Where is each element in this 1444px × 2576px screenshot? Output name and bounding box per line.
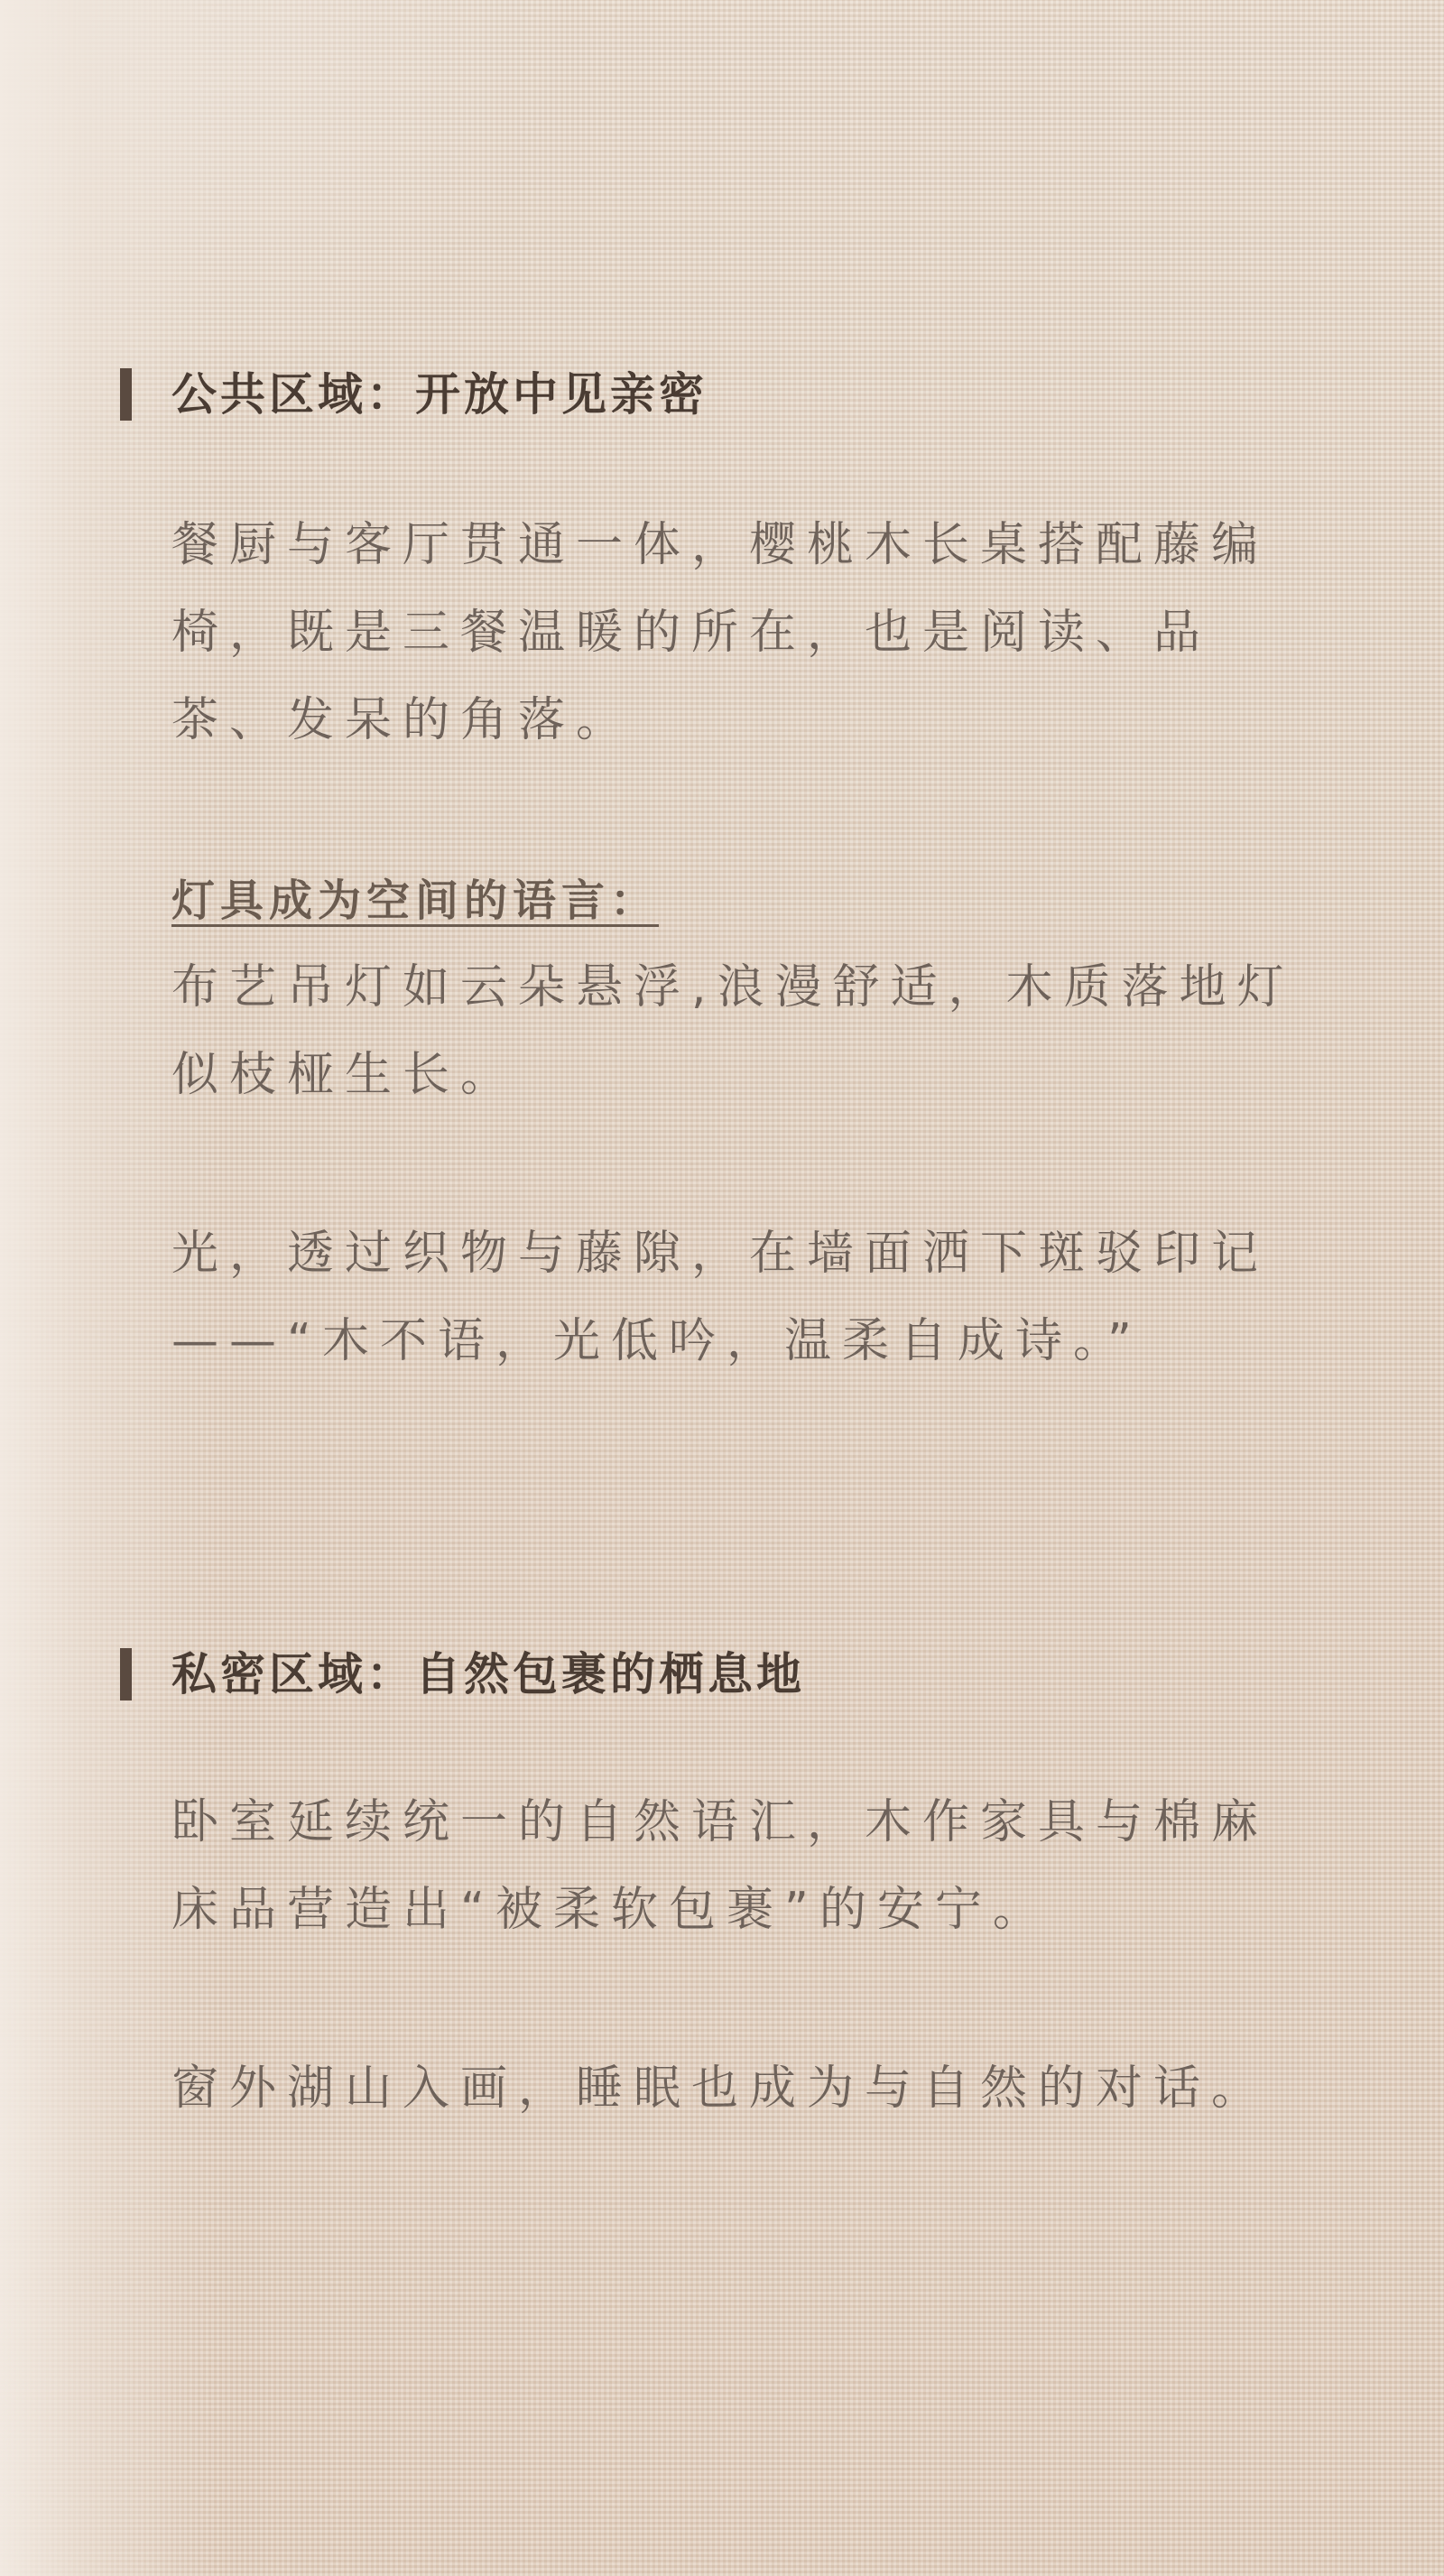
paragraph-lighting-fixtures: 布艺吊灯如云朵悬浮,浪漫舒适，木质落地灯 似枝桠生长。 bbox=[171, 944, 1282, 1119]
paragraph-line: 椅，既是三餐温暖的所在，也是阅读、品 bbox=[171, 589, 1282, 677]
paragraph-dining-living: 餐厨与客厅贯通一体，樱桃木长桌搭配藤编 椅，既是三餐温暖的所在，也是阅读、品 茶… bbox=[171, 502, 1282, 764]
section-title: 公共区域：开放中见亲密 bbox=[171, 367, 708, 422]
paragraph-line: 窗外湖山入画，睡眠也成为与自然的对话。 bbox=[171, 2045, 1282, 2133]
paragraph-line: 布艺吊灯如云朵悬浮,浪漫舒适，木质落地灯 bbox=[171, 944, 1282, 1032]
paragraph-window-view: 窗外湖山入画，睡眠也成为与自然的对话。 bbox=[171, 2045, 1282, 2133]
heading-accent-bar bbox=[120, 1648, 132, 1700]
subheading-lighting: 灯具成为空间的语言： bbox=[171, 874, 659, 928]
paragraph-light-poem: 光，透过织物与藤隙，在墙面洒下斑驳印记 ——“木不语，光低吟，温柔自成诗。” bbox=[171, 1210, 1282, 1385]
heading-accent-bar bbox=[120, 368, 132, 421]
paragraph-bedroom: 卧室延续统一的自然语汇，木作家具与棉麻 床品营造出“被柔软包裹”的安宁。 bbox=[171, 1779, 1282, 1954]
paragraph-line: 床品营造出“被柔软包裹”的安宁。 bbox=[171, 1867, 1282, 1954]
paragraph-line: 卧室延续统一的自然语汇，木作家具与棉麻 bbox=[171, 1779, 1282, 1867]
section-title: 私密区域：自然包裹的栖息地 bbox=[171, 1647, 805, 1701]
paragraph-line: 茶、发呆的角落。 bbox=[171, 677, 1282, 764]
paragraph-line: 餐厨与客厅贯通一体，樱桃木长桌搭配藤编 bbox=[171, 502, 1282, 589]
section-heading-public-area: 公共区域：开放中见亲密 bbox=[120, 367, 708, 422]
paragraph-line: 光，透过织物与藤隙，在墙面洒下斑驳印记 bbox=[171, 1210, 1282, 1298]
paragraph-line: ——“木不语，光低吟，温柔自成诗。” bbox=[171, 1298, 1282, 1385]
paragraph-line: 似枝桠生长。 bbox=[171, 1032, 1282, 1119]
section-heading-private-area: 私密区域：自然包裹的栖息地 bbox=[120, 1647, 805, 1701]
